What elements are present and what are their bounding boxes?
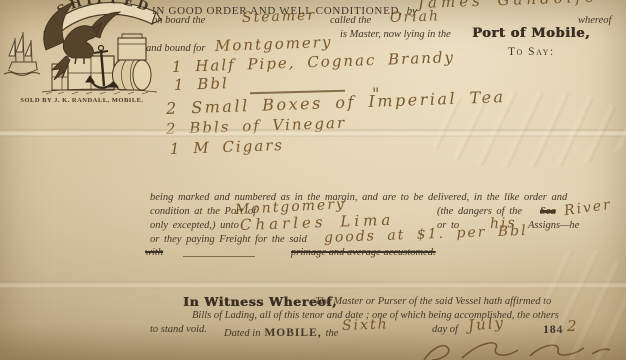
written-month: July [467,313,505,334]
dated-in-label: Dated in [224,328,260,339]
year-printed: 184 [543,322,563,337]
called-the-label: called the [330,15,371,26]
terms-line4a: or they paying Freight for the said [150,234,307,245]
struck-word-sea: Sea [540,206,556,217]
the-word: the [326,328,339,339]
written-year-digit: 2 [567,317,579,335]
written-river: River [563,197,613,220]
written-day: Sixth [342,316,389,334]
port-of-mobile: Port of Mobile, [472,26,590,41]
terms-line1: being marked and numbered as in the marg… [150,192,567,203]
struck-primage-clause: primage and average accustomed. [291,247,436,258]
struck-word-with: with [145,247,163,258]
written-shipper-name: James Gandolfo [418,0,599,12]
bound-for-label: and bound for [146,43,206,54]
cargo-item: 1 Bbl [174,74,229,94]
eagle-cargo-vignette: SHIPPED [2,0,162,96]
printer-imprint: SOLD BY J. K. RANDALL, MOBILE. [6,97,158,104]
whereof-label: whereof [578,15,611,26]
day-of-label: day of [432,324,458,335]
sailing-ship-icon [4,32,40,76]
cargo-item: 1 Half Pipe, Cognac Brandy [172,48,456,76]
witness-line1: The Master or Purser of the said Vessel … [315,296,551,307]
blank-rule-line [183,256,255,257]
stand-void-text: to stand void. [150,324,207,335]
terms-line3c: Assigns—he [528,220,579,231]
in-witness-whereof: In Witness Whereof, [183,294,337,309]
written-destination: Montgomery [215,33,333,55]
master-line: is Master, now lying in the [340,29,451,40]
written-vessel-name: Oriah [390,8,441,26]
to-say-label: To Say: [508,46,555,58]
barrel-icon [113,60,152,90]
on-board-label: on board the [152,15,205,26]
city-name: MOBILE, [264,327,321,339]
fold-crease [0,281,626,289]
written-vessel-type: Steamer [242,7,317,26]
dated-in-line: Dated in MOBILE, the [224,323,338,341]
terms-line3a: only excepted,) unto [150,220,239,231]
signature-strokes [422,338,612,360]
cargo-item: 2 Bbls of Vinegar [166,114,347,138]
bill-of-lading-document: SHIPPED [0,0,626,360]
cargo-item: 1 M Cigars [170,136,285,158]
trunk-icon [118,34,146,60]
